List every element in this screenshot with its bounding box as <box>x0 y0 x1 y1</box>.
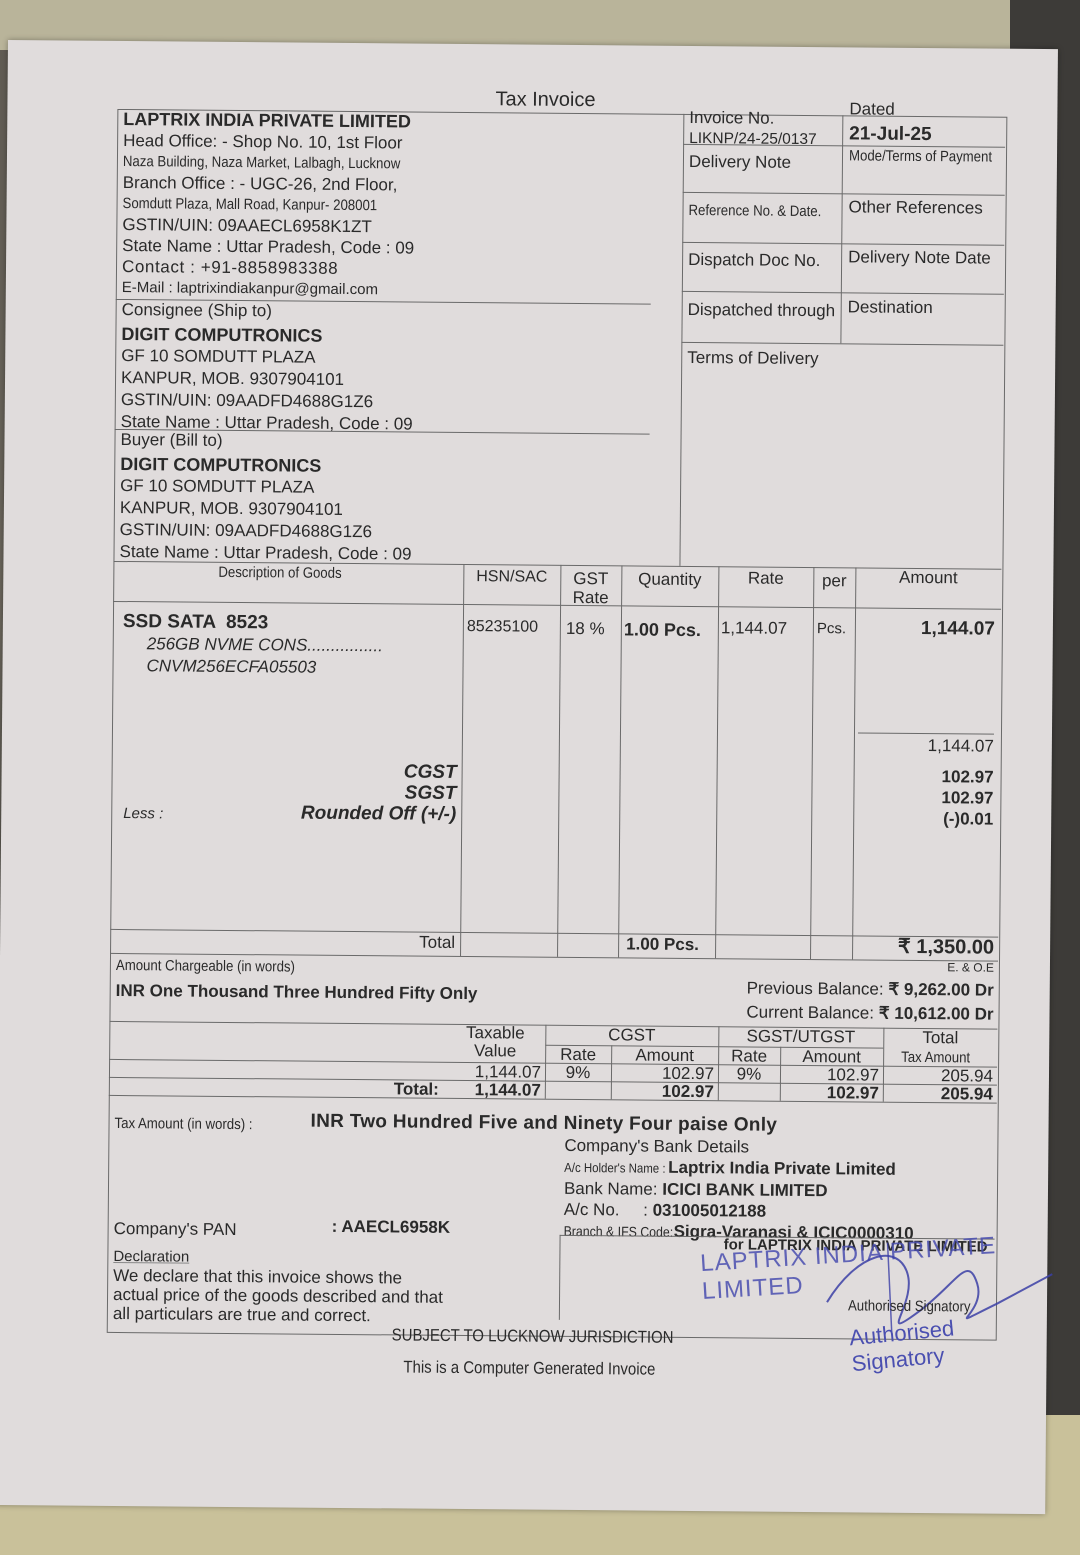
summary-total-tax-amount: 205.94 <box>883 1084 993 1105</box>
cgst-amount: 102.97 <box>854 765 994 787</box>
account-label: A/c No. : <box>564 1200 648 1220</box>
summary-taxable-header: Taxable Value <box>445 1024 545 1061</box>
col-description: Description of Goods <box>218 564 341 582</box>
taxable-header-line1: Taxable <box>445 1024 545 1043</box>
total-amount: ₹ 1,350.00 <box>852 933 994 959</box>
item-name: SSD SATA 8523 <box>123 611 383 635</box>
total-label: Total <box>110 930 455 953</box>
item-gst-rate: 18 % <box>566 619 605 639</box>
tax-amounts: 102.97 102.97 (-)0.01 <box>853 765 994 829</box>
authorised-signatory-label: Authorised Signatory <box>848 1297 971 1315</box>
col-gst-rate-line2: Rate <box>560 588 621 608</box>
col-gst-rate: GST Rate <box>560 569 621 608</box>
invoice-no-label: Invoice No. <box>689 108 774 129</box>
current-balance: ₹ 10,612.00 Dr <box>879 1004 994 1024</box>
item-detail: 256GB NVME CONS................ <box>123 633 383 657</box>
subtotal-amount: 1,144.07 <box>854 735 994 756</box>
terms-of-delivery-label: Terms of Delivery <box>687 348 818 369</box>
col-rate: Rate <box>718 568 813 589</box>
reference-label: Reference No. & Date. <box>688 202 821 220</box>
item-per: Pcs. <box>817 620 846 637</box>
eoe-label: E. & O.E <box>900 960 994 975</box>
seller-block: LAPTRIX INDIA PRIVATE LIMITED Head Offic… <box>122 109 684 303</box>
sgst-label: SGST <box>111 780 456 804</box>
account-number: 031005012188 <box>653 1201 767 1221</box>
invoice-paper: Tax Invoice LAPTRIX INDIA PRIVATE LIMITE… <box>0 40 1058 1514</box>
summary-total-taxable: 1,144.07 <box>445 1080 541 1101</box>
invoice-date: 21-Jul-25 <box>849 123 932 146</box>
summary-cgst-rate: 9% <box>545 1063 611 1084</box>
taxable-header-line2: Value <box>445 1042 545 1061</box>
summary-sgst-header: SGST/UTGST <box>718 1026 883 1047</box>
delivery-note-date-label: Delivery Note Date <box>848 247 991 268</box>
summary-total-cgst: 102.97 <box>611 1081 714 1102</box>
delivery-note-label: Delivery Note <box>689 152 791 173</box>
dated-label: Dated <box>849 99 895 119</box>
seller-line: Naza Building, Naza Market, Lalbagh, Luc… <box>123 151 401 174</box>
seller-line: Somdutt Plaza, Mall Road, Kanpur- 208001 <box>122 193 377 216</box>
col-amount: Amount <box>855 567 1001 588</box>
sgst-amount: 102.97 <box>853 786 993 808</box>
summary-total-header: Total <box>883 1028 997 1049</box>
tax-words: INR Two Hundred Five and Ninety Four pai… <box>310 1111 777 1137</box>
destination-label: Destination <box>848 297 933 318</box>
payment-terms-label: Mode/Terms of Payment <box>849 147 992 165</box>
summary-sgst-rate: 9% <box>718 1064 780 1085</box>
round-off-amount: (-)0.01 <box>853 807 993 829</box>
item-hsn: 85235100 <box>467 618 538 637</box>
consignee-block: Consignee (Ship to) DIGIT COMPUTRONICS G… <box>121 299 682 438</box>
item-amount: 1,144.07 <box>855 617 995 640</box>
item-serial: CNVM256ECFA05503 <box>122 655 382 679</box>
computer-generated-note: This is a Computer Generated Invoice <box>403 1358 655 1380</box>
item-rate: 1,144.07 <box>721 618 787 639</box>
item-quantity: 1.00 Pcs. <box>624 619 701 641</box>
pan-label: Company's PAN <box>114 1219 237 1240</box>
balance-block: Previous Balance: ₹ 9,262.00 Dr Current … <box>639 976 993 1027</box>
less-label: Less : <box>123 805 163 822</box>
bank-name: ICICI BANK LIMITED <box>662 1180 827 1200</box>
previous-balance-label: Previous Balance: <box>747 978 884 998</box>
previous-balance: ₹ 9,262.00 Dr <box>888 980 994 1000</box>
cgst-label: CGST <box>112 759 457 783</box>
summary-cgst-header: CGST <box>545 1025 718 1047</box>
col-gst-rate-line1: GST <box>560 569 621 589</box>
declaration-block: Declaration We declare that this invoice… <box>113 1247 443 1326</box>
summary-total-header-line2: Tax Amount <box>901 1049 970 1067</box>
dispatched-through-label: Dispatched through <box>688 300 836 321</box>
bank-details: Company's Bank Details A/c Holder's Name… <box>564 1135 915 1245</box>
buyer-block: Buyer (Bill to) DIGIT COMPUTRONICS GF 10… <box>119 429 680 568</box>
col-per: per <box>813 571 855 591</box>
total-quantity: 1.00 Pcs. <box>626 934 699 955</box>
current-balance-label: Current Balance: <box>746 1002 874 1022</box>
summary-total-sgst: 102.97 <box>780 1083 879 1104</box>
pan-value: : AAECL6958K <box>332 1217 451 1238</box>
bank-name-label: Bank Name: <box>564 1179 658 1199</box>
other-references-label: Other References <box>848 197 982 218</box>
holder-name: Laptrix India Private Limited <box>668 1158 896 1179</box>
invoice-title: Tax Invoice <box>495 88 595 112</box>
bank-title: Company's Bank Details <box>564 1135 914 1159</box>
col-quantity: Quantity <box>621 569 718 590</box>
consignee-label: Consignee (Ship to) <box>122 299 682 326</box>
jurisdiction: SUBJECT TO LUCKNOW JURISDICTION <box>392 1325 674 1347</box>
holder-label: A/c Holder's Name : <box>564 1157 656 1179</box>
amount-words: INR One Thousand Three Hundred Fifty Onl… <box>116 981 478 1004</box>
dispatch-doc-label: Dispatch Doc No. <box>688 250 820 271</box>
declaration-text: all particulars are true and correct. <box>113 1304 443 1326</box>
invoice-no: LIKNP/24-25/0137 <box>689 130 817 149</box>
table-row: SSD SATA 8523 256GB NVME CONS...........… <box>122 611 383 679</box>
summary-total-label: Total: <box>339 1079 439 1100</box>
col-hsn: HSN/SAC <box>463 568 560 587</box>
buyer-label: Buyer (Bill to) <box>120 429 680 456</box>
amount-words-label: Amount Chargeable (in words) <box>116 957 295 976</box>
tax-words-label: Tax Amount (in words) : <box>114 1115 252 1133</box>
